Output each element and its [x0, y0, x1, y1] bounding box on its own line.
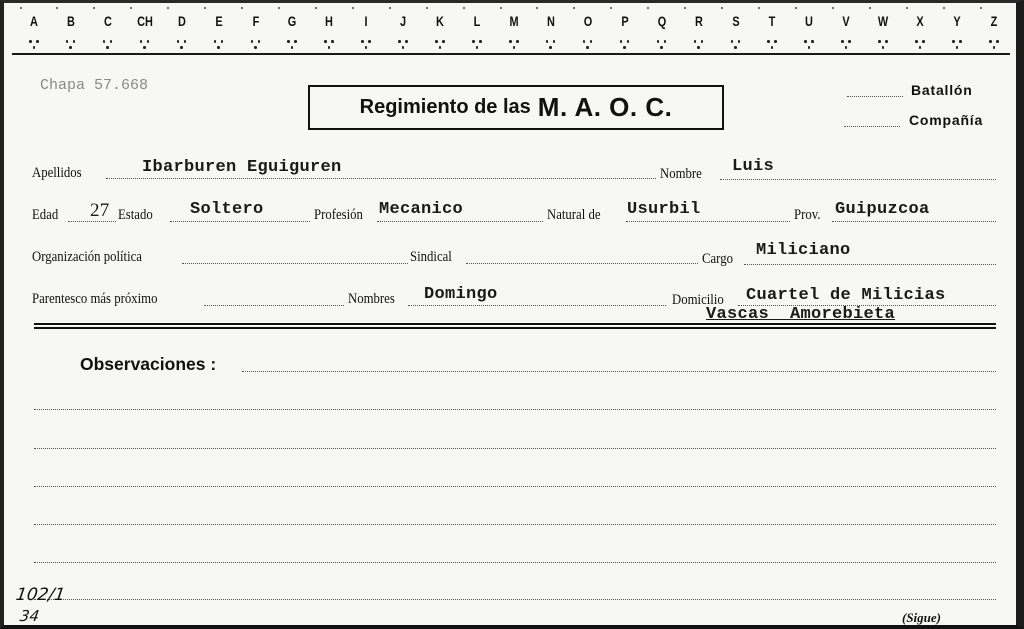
alphabet-letter-y: Y	[943, 13, 971, 29]
braille-dots-icon	[802, 39, 816, 51]
index-notch	[278, 7, 280, 9]
alphabet-letter-w: W	[869, 13, 897, 29]
index-notch	[463, 7, 465, 9]
index-notch	[426, 7, 428, 9]
braille-dots-icon	[544, 39, 558, 51]
alphabet-letter-p: P	[611, 13, 639, 29]
braille-dots-icon	[987, 39, 1001, 51]
index-notch	[758, 7, 760, 9]
estado-label: Estado	[118, 207, 153, 224]
index-notch	[980, 7, 982, 9]
sigue-label: (Sigue)	[902, 610, 941, 626]
nombres-value[interactable]: Domingo	[424, 285, 498, 304]
index-notch	[500, 7, 502, 9]
index-notch	[573, 7, 575, 9]
index-card: ABCCHDEFGHIJKLMNOPQRSTUVWXYZ Chapa 57.66…	[0, 0, 1024, 629]
alphabet-letter-x: X	[906, 13, 934, 29]
braille-dots-icon	[433, 39, 447, 51]
index-notch	[647, 7, 649, 9]
index-notch	[943, 7, 945, 9]
braille-dots-icon	[618, 39, 632, 51]
index-notch	[536, 7, 538, 9]
compania-label: Compañía	[909, 112, 983, 128]
nombre-value[interactable]: Luis	[732, 157, 774, 176]
chapa-stamp: Chapa 57.668	[40, 77, 148, 94]
alphabet-letter-r: R	[685, 13, 713, 29]
alphabet-letter-q: Q	[648, 13, 676, 29]
braille-dots-icon	[470, 39, 484, 51]
alphabet-letter-b: B	[57, 13, 85, 29]
braille-dots-icon	[138, 39, 152, 51]
alphabet-letter-g: G	[278, 13, 306, 29]
braille-dots-icon	[249, 39, 263, 51]
cargo-value[interactable]: Miliciano	[756, 241, 851, 260]
prov-line	[832, 221, 996, 222]
braille-dots-icon	[175, 39, 189, 51]
nombres-label: Nombres	[348, 291, 395, 308]
alphabet-letter-h: H	[315, 13, 343, 29]
index-notch	[315, 7, 317, 9]
natural-label: Natural de	[547, 207, 601, 224]
batallon-line	[847, 96, 903, 97]
braille-dots-icon	[581, 39, 595, 51]
title-prefix: Regimiento de las	[360, 96, 531, 119]
sindical-label: Sindical	[410, 249, 452, 266]
alphabet-letter-f: F	[241, 13, 269, 29]
alphabet-letter-z: Z	[980, 13, 1008, 29]
alphabet-letter-d: D	[168, 13, 196, 29]
index-notch	[352, 7, 354, 9]
index-notch	[20, 7, 22, 9]
index-notch	[906, 7, 908, 9]
natural-value[interactable]: Usurbil	[627, 200, 701, 219]
braille-dots-icon	[212, 39, 226, 51]
alphabet-letter-j: J	[389, 13, 417, 29]
profesion-value[interactable]: Mecanico	[379, 200, 463, 219]
braille-dots-icon	[729, 39, 743, 51]
alphabet-index-strip: ABCCHDEFGHIJKLMNOPQRSTUVWXYZ	[12, 3, 1010, 55]
sindical-line	[466, 263, 698, 264]
title-unit: M. A. O. C.	[538, 92, 673, 123]
alphabet-letter-e: E	[205, 13, 233, 29]
nombres-line	[408, 305, 666, 306]
braille-dots-icon	[507, 39, 521, 51]
observaciones-line-4[interactable]	[34, 486, 996, 487]
index-notch	[832, 7, 834, 9]
braille-dots-icon	[765, 39, 779, 51]
alphabet-letter-k: K	[426, 13, 454, 29]
index-notch	[721, 7, 723, 9]
index-notch	[869, 7, 871, 9]
observaciones-line-3[interactable]	[34, 448, 996, 449]
braille-dots-icon	[27, 39, 41, 51]
prov-value[interactable]: Guipuzcoa	[835, 200, 930, 219]
profesion-label: Profesión	[314, 207, 363, 224]
alphabet-letter-n: N	[537, 13, 565, 29]
index-notch	[684, 7, 686, 9]
braille-dots-icon	[285, 39, 299, 51]
alphabet-letter-v: V	[832, 13, 860, 29]
index-notch	[130, 7, 132, 9]
observaciones-line-7[interactable]	[34, 599, 996, 600]
observaciones-line-2[interactable]	[34, 409, 996, 410]
parentesco-label: Parentesco más próximo	[32, 291, 157, 308]
edad-label: Edad	[32, 207, 58, 224]
braille-dots-icon	[101, 39, 115, 51]
handwritten-ref-top: 102/1	[15, 585, 67, 605]
braille-dots-icon	[692, 39, 706, 51]
braille-dots-icon	[950, 39, 964, 51]
estado-value[interactable]: Soltero	[190, 200, 264, 219]
index-notch	[167, 7, 169, 9]
cargo-line	[744, 264, 996, 265]
organizacion-label: Organización política	[32, 249, 142, 266]
braille-dots-icon	[655, 39, 669, 51]
section-divider	[34, 323, 996, 329]
parentesco-line	[204, 305, 344, 306]
apellidos-value[interactable]: Ibarburen Eguiguren	[142, 158, 342, 177]
braille-dots-icon	[359, 39, 373, 51]
braille-dots-icon	[322, 39, 336, 51]
natural-line	[626, 221, 790, 222]
index-notch	[93, 7, 95, 9]
braille-dots-icon	[913, 39, 927, 51]
alphabet-letter-i: I	[352, 13, 380, 29]
braille-dots-icon	[64, 39, 78, 51]
braille-dots-icon	[839, 39, 853, 51]
index-notch	[389, 7, 391, 9]
alphabet-letter-m: M	[500, 13, 528, 29]
regiment-title-box: Regimiento de las M. A. O. C.	[308, 85, 724, 130]
apellidos-line	[106, 178, 656, 179]
index-notch	[795, 7, 797, 9]
alphabet-letter-a: A	[20, 13, 48, 29]
prov-label: Prov.	[794, 207, 820, 224]
observaciones-label: Observaciones :	[80, 354, 216, 375]
index-notch	[56, 7, 58, 9]
nombre-label: Nombre	[660, 166, 702, 183]
cargo-label: Cargo	[702, 251, 733, 268]
apellidos-label: Apellidos	[32, 165, 82, 182]
observaciones-line-1[interactable]	[242, 371, 996, 372]
alphabet-letter-t: T	[758, 13, 786, 29]
alphabet-letter-o: O	[574, 13, 602, 29]
observaciones-line-5[interactable]	[34, 524, 996, 525]
alphabet-letter-l: L	[463, 13, 491, 29]
index-notch	[610, 7, 612, 9]
braille-dots-icon	[876, 39, 890, 51]
estado-line	[170, 221, 310, 222]
index-notch	[241, 7, 243, 9]
domicilio-value-line1[interactable]: Cuartel de Milicias	[746, 286, 946, 305]
handwritten-ref-bottom: 34	[19, 607, 41, 625]
alphabet-letter-u: U	[795, 13, 823, 29]
nombre-line	[720, 179, 996, 180]
index-notch	[204, 7, 206, 9]
organizacion-line	[182, 263, 408, 264]
profesion-line	[377, 221, 543, 222]
alphabet-letter-ch: CH	[131, 13, 159, 29]
compania-line	[844, 126, 900, 127]
alphabet-letter-s: S	[721, 13, 749, 29]
edad-value[interactable]: 27	[90, 200, 110, 222]
braille-dots-icon	[396, 39, 410, 51]
batallon-label: Batallón	[911, 82, 973, 98]
alphabet-letter-c: C	[94, 13, 122, 29]
observaciones-line-6[interactable]	[34, 562, 996, 563]
domicilio-value-line2[interactable]: Vascas Amorebieta	[706, 305, 895, 324]
